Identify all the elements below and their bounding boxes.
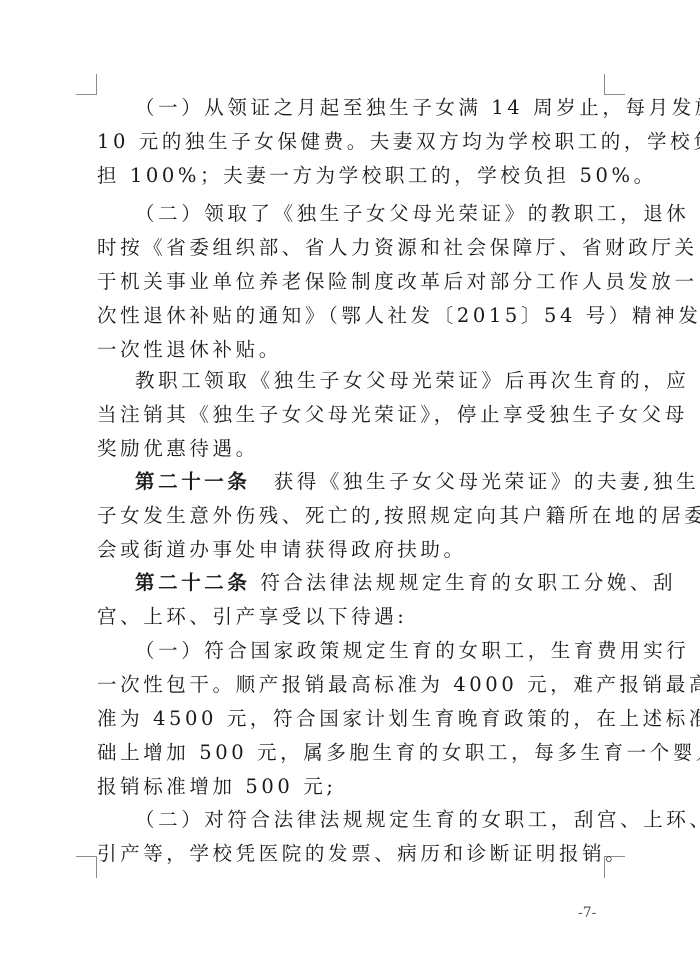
text-line: 础上增加 500 元，属多胞生育的女职工，每多生育一个婴儿，	[97, 741, 700, 765]
text-line: 一次性包干。顺产报销最高标准为 4000 元，难产报销最高标	[97, 673, 700, 697]
text-line: 子女发生意外伤残、死亡的,按照规定向其户籍所在地的居委	[97, 504, 700, 528]
line-text: 一次性退休补贴。	[97, 338, 282, 361]
text-line: 担 100%；夫妻一方为学校职工的，学校负担 50%。	[97, 164, 657, 188]
line-text: 于机关事业单位养老保险制度改革后对部分工作人员发放一	[97, 270, 698, 293]
line-text: （一）符合国家政策规定生育的女职工，生育费用实行	[135, 639, 689, 662]
crop-mark-top-right-v	[604, 74, 605, 95]
line-text: 时按《省委组织部、省人力资源和社会保障厅、省财政厅关	[97, 236, 698, 259]
line-text: 子女发生意外伤残、死亡的,按照规定向其户籍所在地的居委	[97, 504, 700, 527]
text-line: （二）对符合法律法规规定生育的女职工，刮宫、上环、	[135, 808, 700, 832]
line-text: 教职工领取《独生子女父母光荣证》后再次生育的，应	[135, 369, 689, 392]
line-text: 当注销其《独生子女父母光荣证》，停止享受独生子女父母	[97, 403, 688, 426]
text-line: 会或街道办事处申请获得政府扶助。	[97, 538, 467, 562]
text-line: 第二十一条 获得《独生子女父母光荣证》的夫妻,独生	[135, 470, 699, 494]
line-text: 一次性包干。顺产报销最高标准为 4000 元，难产报销最高标	[97, 673, 700, 696]
text-line: 于机关事业单位养老保险制度改革后对部分工作人员发放一	[97, 270, 698, 294]
text-line: 次性退休补贴的通知》（鄂人社发〔2015〕54 号）精神发给	[97, 304, 700, 328]
crop-mark-top-right-h	[604, 94, 625, 95]
line-text: 担 100%；夫妻一方为学校职工的，学校负担 50%。	[97, 164, 657, 187]
article-heading: 第二十一条	[135, 470, 251, 493]
text-line: 准为 4500 元，符合国家计划生育晚育政策的，在上述标准基	[97, 707, 700, 731]
line-text: 础上增加 500 元，属多胞生育的女职工，每多生育一个婴儿，	[97, 741, 700, 764]
line-text: 获得《独生子女父母光荣证》的夫妻,独生	[251, 470, 700, 493]
text-line: 宫、上环、引产享受以下待遇:	[97, 605, 407, 629]
line-text: 符合法律法规规定生育的女职工分娩、刮	[251, 571, 677, 594]
line-text: 引产等，学校凭医院的发票、病历和诊断证明报销。	[97, 842, 628, 865]
text-line: 报销标准增加 500 元;	[97, 775, 337, 799]
text-line: 第二十二条 符合法律法规规定生育的女职工分娩、刮	[135, 571, 676, 595]
crop-mark-top-left-h	[76, 94, 97, 95]
text-line: （二）领取了《独生子女父母光荣证》的教职工，退休	[135, 202, 689, 226]
text-line: （一）符合国家政策规定生育的女职工，生育费用实行	[135, 639, 689, 663]
crop-mark-top-left-v	[96, 74, 97, 95]
text-line: 奖励优惠待遇。	[97, 437, 259, 461]
line-text: （二）对符合法律法规规定生育的女职工，刮宫、上环、	[135, 808, 700, 831]
line-text: 10 元的独生子女保健费。夫妻双方均为学校职工的，学校负	[97, 130, 700, 153]
article-heading: 第二十二条	[135, 571, 251, 594]
crop-mark-bottom-left-h	[76, 856, 97, 857]
page-number: -7-	[578, 905, 596, 921]
line-text: （一）从领证之月起至独生子女满 14 周岁止，每月发放	[135, 96, 700, 119]
line-text: （二）领取了《独生子女父母光荣证》的教职工，退休	[135, 202, 689, 225]
text-line: （一）从领证之月起至独生子女满 14 周岁止，每月发放	[135, 96, 700, 120]
text-line: 教职工领取《独生子女父母光荣证》后再次生育的，应	[135, 369, 689, 393]
text-line: 时按《省委组织部、省人力资源和社会保障厅、省财政厅关	[97, 236, 698, 260]
line-text: 准为 4500 元，符合国家计划生育晚育政策的，在上述标准基	[97, 707, 700, 730]
line-text: 宫、上环、引产享受以下待遇:	[97, 605, 407, 628]
line-text: 奖励优惠待遇。	[97, 437, 259, 460]
text-line: 一次性退休补贴。	[97, 338, 282, 362]
text-line: 10 元的独生子女保健费。夫妻双方均为学校职工的，学校负	[97, 130, 700, 154]
line-text: 报销标准增加 500 元;	[97, 775, 337, 798]
text-line: 当注销其《独生子女父母光荣证》，停止享受独生子女父母	[97, 403, 688, 427]
line-text: 会或街道办事处申请获得政府扶助。	[97, 538, 467, 561]
line-text: 次性退休补贴的通知》（鄂人社发〔2015〕54 号）精神发给	[97, 304, 700, 327]
text-line: 引产等，学校凭医院的发票、病历和诊断证明报销。	[97, 842, 628, 866]
